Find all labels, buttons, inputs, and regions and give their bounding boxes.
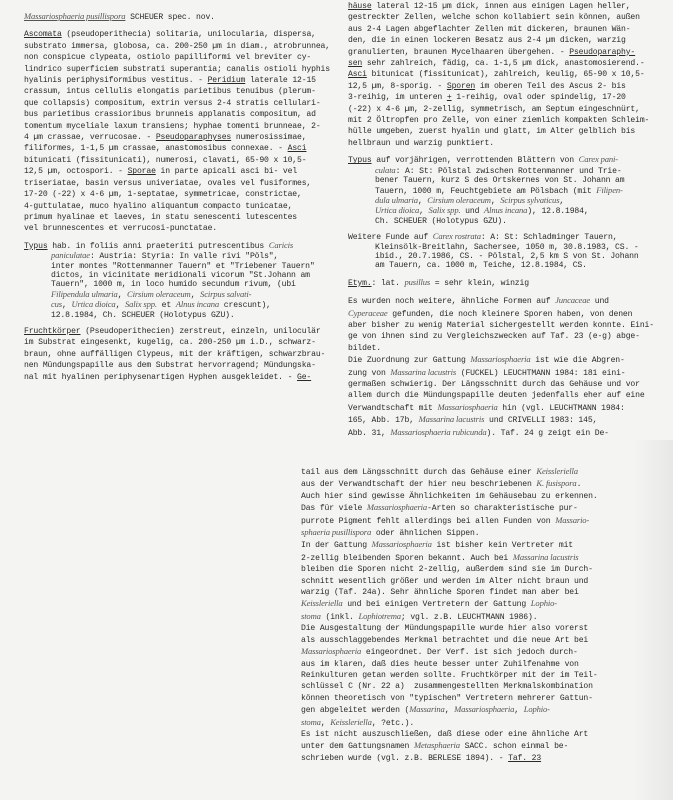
section-label: Typus	[348, 156, 372, 165]
german-typus-block: Typus auf vorjährigen, verrottenden Blät…	[348, 155, 666, 226]
species-authority: SCHEUER spec. nov.	[125, 13, 214, 22]
german-description: Fruchtkörper (Pseudoperithecien) zerstre…	[24, 326, 336, 383]
text-line: stoma (inkl. Lophiotrema; vgl. z.B. LEUC…	[301, 611, 631, 623]
text-line: purrote Pigment fehlt allerdings bei all…	[301, 515, 631, 527]
text-line: Massariosphaeria eingeordnet. Der Verf. …	[301, 646, 631, 658]
text-line: braun, ohne auffälligen Clypeus, mit der…	[24, 349, 336, 360]
text-line: nen Mündungspapille aus dem Substrat her…	[24, 360, 336, 371]
text-line: Kleinsölk-Breitlahn, Sachersee, 1050 m, …	[348, 243, 666, 252]
text-line: Weitere Funde auf Carex rostrata: A: St:…	[348, 232, 666, 242]
text-line: zung von Massarina lacustris (FUCKEL) LE…	[348, 367, 666, 379]
latin-typus: Typus hab. in foliis anni praeteriti put…	[24, 241, 336, 320]
right-column: häuse lateral 12-15 µm dick, innen aus e…	[348, 1, 666, 439]
text-line: triseriatae, basin versus univeriatae, o…	[24, 178, 336, 189]
text-line: Ch. SCHEUER (Holotypus GZU).	[348, 217, 666, 226]
text-line: Keissleriella und bei einigen Vertretern…	[301, 598, 631, 610]
text-line: filiformes, 1-1,5 µm crassae, anastomosi…	[24, 143, 336, 154]
text-line: bus parietibus crassioribus brunneis app…	[24, 109, 336, 120]
text-line: schrieben wurde (vgl. z.B. BERLESE 1894)…	[301, 753, 631, 764]
latin-typus-block: Typus hab. in foliis anni praeteriti put…	[24, 241, 336, 320]
text-line: Es wurden noch weitere, ähnliche Formen …	[348, 295, 666, 307]
text-line: lindrico superficiem substrati superanti…	[24, 64, 336, 75]
text-line: schnitt wesentlich größer und werden im …	[301, 576, 631, 587]
text-line: den, die in einen lockeren Besatz aus 2-…	[348, 35, 666, 46]
text-line: tomentum myceliale laxum transiens; hyph…	[24, 121, 336, 132]
text-line: am Tauern, ca. 1000 m, Teiche, 12.8.1984…	[348, 261, 666, 270]
text-line: Ascomata (pseudoperithecia) solitaria, u…	[24, 29, 336, 40]
text-line: gestreckter Zellen, welche schon kollabi…	[348, 12, 666, 23]
text-line: 165, Abb. 17b, Massarina lacustris und C…	[348, 414, 666, 426]
text-line: häuse lateral 12-15 µm dick, innen aus e…	[348, 1, 666, 12]
text-line: que collapsis) compositum, extrin versus…	[24, 98, 336, 109]
text-line: 12,5 µm, 8-sporig. - Sporen im oberen Te…	[348, 81, 666, 92]
further-finds-block: Weitere Funde auf Carex rostrata: A: St:…	[348, 232, 666, 271]
text-line: dictos, in vicinitate meridionali vicoru…	[24, 271, 336, 280]
text-line: 12.8.1984, Ch. SCHEUER (Holotypus GZU).	[24, 311, 336, 320]
text-line: Abb. 31, Massariosphaeria rubicunda). Ta…	[348, 427, 666, 439]
text-line: Verwandtschaft mit Massariosphaeria hin …	[348, 402, 666, 414]
text-line: 17-20 (-22) x 4-6 µm, 1-septatae, symmet…	[24, 189, 336, 200]
text-line: Auch hier sind gewisse Ähnlichkeiten im …	[301, 491, 631, 502]
text-line: Urtica dioica, Salix spp. und Alnus inca…	[348, 206, 666, 216]
text-line: vel brunnescentes et verrucosi-punctatae…	[24, 223, 336, 234]
text-line: 12,5 µm, octospori. - Sporae in parte ap…	[24, 166, 336, 177]
species-title: Massariosphaeria pusillispora SCHEUER sp…	[24, 11, 336, 23]
text-line: bitunicati (fissitunicati), numerosi, cl…	[24, 155, 336, 166]
text-line: non conspicue clypeata, ostiolo papillif…	[24, 52, 336, 63]
text-line: nal mit hyalinen periphysenartigen Hyphe…	[24, 372, 336, 383]
german-typus: Typus auf vorjährigen, verrottenden Blät…	[348, 155, 666, 226]
text-line: Die Zuordnung zur Gattung Massariosphaer…	[348, 354, 666, 366]
text-line: cus, Urtica dioica, Salix spp. et Alnus …	[24, 300, 336, 310]
text-line: stoma, Keissleriella, ?etc.).	[301, 717, 631, 729]
text-line: In der Gattung Massariosphaeria ist bish…	[301, 539, 631, 551]
discussion: Es wurden noch weitere, ähnliche Formen …	[348, 295, 666, 439]
text-line: Es ist nicht auszuschließen, daß diese o…	[301, 729, 631, 740]
text-line: als ausschlaggebendes Merkmal betrachtet…	[301, 635, 631, 646]
text-line: hülle umgeben, zuerst hyalin und glatt, …	[348, 126, 666, 137]
text-line: hyalinis periphysiformibus vestitus. - P…	[24, 75, 336, 86]
text-line: Das für viele Massariosphaeria-Arten so …	[301, 502, 631, 514]
text-line: Cyperaceae gefunden, die noch kleinere S…	[348, 308, 666, 320]
text-line: tail aus dem Längsschnitt durch das Gehä…	[301, 466, 631, 478]
latin-description: Ascomata (pseudoperithecia) solitaria, u…	[24, 29, 336, 234]
text-line: Die Ausgestaltung der Mündungspapille wu…	[301, 623, 631, 634]
text-line: warzig (Taf. 24a). Sehr ähnliche Sporen …	[301, 587, 631, 598]
etymology: Etym.: lat. pusillus = sehr klein, winzi…	[348, 277, 666, 289]
text-line: können theoretisch von "typischen" Vertr…	[301, 693, 631, 704]
text-line: sen sehr zahlreich, fädig, ca. 1-1,5 µm …	[348, 58, 666, 69]
text-line: Asci bitunicat (fissitunicat), zahlreich…	[348, 69, 666, 80]
discussion-continued: tail aus dem Längsschnitt durch das Gehä…	[301, 466, 631, 764]
text-line: ge von ihnen sind zu Vergleichszwecken a…	[348, 331, 666, 342]
text-line: (-22) x 4-6 µm, 2-zellig, symmetrisch, a…	[348, 104, 666, 115]
text-line: aus der Verwandtschaft der hier neu besc…	[301, 478, 631, 490]
text-line: aus 2-4 Lagen abgeflachter Zellen mit di…	[348, 24, 666, 35]
text-line: Etym.: lat. pusillus = sehr klein, winzi…	[348, 277, 666, 289]
text-line: bleiben die Sporen nicht 2-zellig, außer…	[301, 564, 631, 575]
text-line: crassum, intus cellulis elongatis pariet…	[24, 86, 336, 97]
text-line: gen abgeleitet werden (Massarina, Massar…	[301, 704, 631, 716]
text-line: im Substrat eingesenkt, kugelig, ca. 200…	[24, 337, 336, 348]
text-line: ibid., 20.7.1986, CS. - Pölstal, 2,5 km …	[348, 252, 666, 261]
text-line: aus im klaren, daß dies heute besser unt…	[301, 659, 631, 670]
text-line: 4-guttulatae, muco hyalino aliquantum co…	[24, 201, 336, 212]
text-line: Reinkulturen getan werden sollte. Frucht…	[301, 670, 631, 681]
section-label: Weitere Funde	[348, 233, 409, 242]
text-line: hellbraun und warzig punktiert.	[348, 138, 666, 149]
left-column: Massariosphaeria pusillispora SCHEUER sp…	[24, 11, 336, 383]
text-line: mit 2 Öltropfen pro Zelle, von einer zie…	[348, 115, 666, 126]
german-description-continued: häuse lateral 12-15 µm dick, innen aus e…	[348, 1, 666, 149]
text-line: aber bisher zu wenig Material sichergest…	[348, 320, 666, 331]
text-line: allem durch die Mündungspapille deuten j…	[348, 390, 666, 401]
text-line: inter montes "Rottenmanner Tauern" et "T…	[24, 262, 336, 271]
text-line: granulierten, braunen Mycelhaaren überge…	[348, 47, 666, 58]
text-line: 4 µm crassae, verrucosae. - Pseudoparaph…	[24, 132, 336, 143]
text-line: germaßen schwierig. Der Längsschnitt dur…	[348, 379, 666, 390]
text-line: substrato immersa, globosa, ca. 200-250 …	[24, 41, 336, 52]
text-line: paniculatae: Austria: Styria: In valle r…	[24, 251, 336, 261]
further-finds: Weitere Funde auf Carex rostrata: A: St:…	[348, 232, 666, 271]
text-line: sphaeria pusillispora oder ähnlichen Sip…	[301, 527, 631, 539]
text-line: culata: A: St: Pölstal zwischen Rottenma…	[348, 166, 666, 176]
text-line: unter dem Gattungsnamen Metasphaeria SAC…	[301, 740, 631, 752]
lower-column: tail aus dem Längsschnitt durch das Gehä…	[301, 466, 631, 764]
text-line: 2-zellig bleibenden Sporen bekannt. Auch…	[301, 552, 631, 564]
scan-shadow	[633, 440, 673, 800]
section-label: Typus	[24, 242, 48, 251]
text-line: primum hyalinae et laeves, in statu sene…	[24, 212, 336, 223]
text-line: schlüssel C (Nr. 22 a) zusammengestellte…	[301, 681, 631, 692]
text-line: bildet.	[348, 343, 666, 354]
species-name: Massariosphaeria pusillispora	[24, 11, 125, 21]
text-line: Fruchtkörper (Pseudoperithecien) zerstre…	[24, 326, 336, 337]
text-line: 3-reihig, im unteren + 1-reihig, oval od…	[348, 92, 666, 103]
